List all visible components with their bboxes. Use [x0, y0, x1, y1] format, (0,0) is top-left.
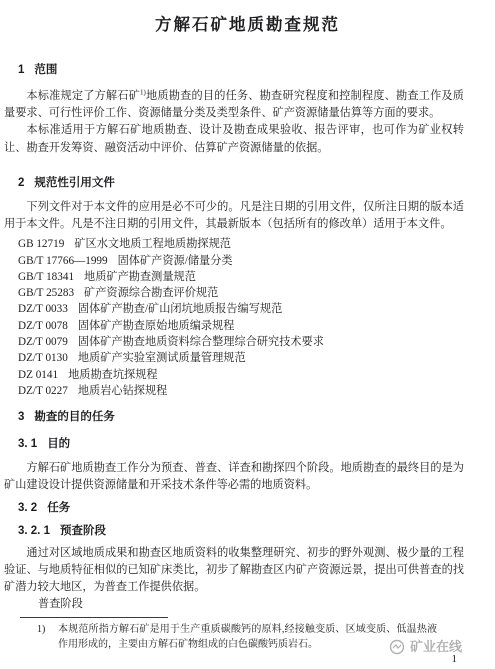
section-3-2-1-number: 3. 2. 1	[18, 525, 50, 537]
reference-code: DZ/T 0079	[18, 336, 68, 348]
reference-code: GB/T 18341	[18, 271, 74, 283]
reference-title: 地质勘查坑探规程	[68, 369, 158, 381]
reference-item: GB/T 25283矿产资源综合勘查评价规范	[18, 285, 464, 301]
reference-code: DZ/T 0033	[18, 303, 68, 315]
reference-code: DZ/T 0227	[18, 385, 68, 397]
reference-item: GB/T 18341地质矿产勘查测量规范	[18, 269, 464, 285]
reference-item: GB 12719矿区水文地质工程地质勘探规范	[18, 236, 464, 252]
section-2-heading: 2规范性引用文件	[18, 175, 464, 192]
reference-title: 固体矿产勘查/矿山闭坑地质报告编写规范	[78, 303, 282, 315]
reference-code: GB/T 17766—1999	[18, 255, 108, 267]
reference-title: 地质岩心钻探规程	[78, 385, 168, 397]
section-1-paragraph-1: 本标准规定了方解石矿1)地质勘查的目的任务、勘查研究程度和控制程度、勘查工作及质…	[4, 88, 464, 122]
page-number: 1	[452, 651, 458, 668]
reference-title: 地质矿产实验室测试质量管理规范	[78, 352, 246, 364]
section-3-title: 勘查的目的任务	[34, 411, 115, 423]
section-1-paragraph-2: 本标准适用于方解石矿地质勘查、设计及勘查成果验收、报告评审，也可作为矿业权转让、…	[4, 122, 464, 156]
reference-title: 固体矿产资源/储量分类	[118, 255, 233, 267]
section-3-2-1-paragraph: 通过对区域地质成果和勘查区地质资料的收集整理研究、初步的野外观测、极少量的工程验…	[4, 545, 464, 597]
section-3-2-number: 3. 2	[18, 502, 37, 514]
reference-item: DZ/T 0227地质岩心钻探规程	[18, 383, 464, 399]
reference-code: GB 12719	[18, 238, 64, 250]
reference-item: DZ/T 0078固体矿产勘查原始地质编录规程	[18, 318, 464, 334]
section-1-title: 范围	[34, 64, 57, 76]
reference-item: DZ/T 0079固体矿产勘查地质资料综合整理综合研究技术要求	[18, 334, 464, 350]
section-3-number: 3	[18, 411, 24, 423]
mining-online-logo-icon	[389, 639, 405, 655]
section-1-number: 1	[18, 64, 24, 76]
document-title: 方解石矿地质勘查规范	[4, 14, 491, 36]
normative-references-list: GB 12719矿区水文地质工程地质勘探规范 GB/T 17766—1999固体…	[18, 236, 464, 399]
reference-title: 矿产资源综合勘查评价规范	[84, 287, 218, 299]
section-3-2-1-title: 预查阶段	[60, 525, 106, 537]
paragraph-text: 本标准规定了方解石矿	[26, 90, 140, 102]
document-page: 方解石矿地质勘查规范 1范围 本标准规定了方解石矿1)地质勘查的目的任务、勘查研…	[0, 0, 495, 669]
reference-title: 地质矿产勘查测量规范	[84, 271, 196, 283]
reference-item: DZ 0141地质勘查坑探规程	[18, 367, 464, 383]
reference-title: 矿区水文地质工程地质勘探规范	[74, 238, 231, 250]
reference-item: GB/T 17766—1999固体矿产资源/储量分类	[18, 253, 464, 269]
section-3-2-title: 任务	[47, 502, 70, 514]
section-3-1-heading: 3. 1目的	[18, 436, 464, 453]
section-2-number: 2	[18, 177, 24, 189]
reference-code: DZ 0141	[18, 369, 58, 381]
section-3-heading: 3勘查的目的任务	[18, 409, 464, 426]
footnote-number: 1)	[37, 623, 51, 652]
reference-item: DZ/T 0033固体矿产勘查/矿山闭坑地质报告编写规范	[18, 301, 464, 317]
section-2-title: 规范性引用文件	[34, 177, 115, 189]
footnote-divider	[20, 617, 168, 618]
footnote: 1) 本规范所指方解石矿是用于生产重质碳酸钙的原料,经接触变质、区域变质、低温热…	[37, 623, 437, 652]
section-1-heading: 1范围	[18, 62, 464, 79]
section-3-2-heading: 3. 2任务	[18, 500, 464, 517]
footnote-text: 本规范所指方解石矿是用于生产重质碳酸钙的原料,经接触变质、区域变质、低温热液作用…	[58, 623, 437, 652]
section-3-2-1-heading: 3. 2. 1预查阶段	[18, 523, 464, 540]
reference-item: DZ/T 0130地质矿产实验室测试质量管理规范	[18, 350, 464, 366]
reference-code: GB/T 25283	[18, 287, 74, 299]
reference-title: 固体矿产勘查原始地质编录规程	[78, 320, 235, 332]
section-3-1-title: 目的	[47, 438, 70, 450]
section-3-1-number: 3. 1	[18, 438, 37, 450]
section-3-2-2-partial-line: 普查阶段	[38, 596, 464, 613]
reference-code: DZ/T 0078	[18, 320, 68, 332]
reference-code: DZ/T 0130	[18, 352, 68, 364]
section-2-intro-paragraph: 下列文件对于本文件的应用是必不可少的。凡是注日期的引用文件，仅所注日期的版本适用…	[4, 199, 464, 233]
section-3-1-paragraph: 方解石矿地质勘查工作分为预查、普查、详查和勘探四个阶段。地质勘查的最终目的是为矿…	[4, 460, 464, 494]
reference-title: 固体矿产勘查地质资料综合整理综合研究技术要求	[78, 336, 324, 348]
